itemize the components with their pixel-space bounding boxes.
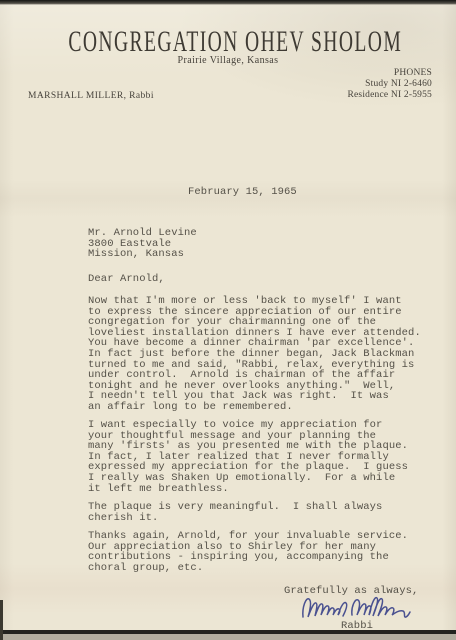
phones-title: PHONES bbox=[347, 68, 432, 79]
phone-study: Study NI 2-6460 bbox=[347, 79, 432, 90]
scan-edge-left-notch bbox=[0, 600, 3, 640]
letter-date: February 15, 1965 bbox=[188, 187, 297, 198]
letterhead-rabbi-name: MARSHALL MILLER, Rabbi bbox=[28, 91, 154, 101]
letterhead-phones-block: PHONES Study NI 2-6460 Residence NI 2-59… bbox=[347, 68, 432, 101]
signature-handwriting bbox=[300, 593, 412, 623]
scan-edge-top bbox=[0, 0, 456, 5]
letterhead-location: Prairie Village, Kansas bbox=[0, 55, 456, 66]
body-paragraph-1: Now that I'm more or less 'back to mysel… bbox=[88, 296, 428, 413]
salutation: Dear Arnold, bbox=[88, 274, 165, 285]
scan-edge-bottom-fill bbox=[0, 634, 456, 640]
recipient-address: Mr. Arnold Levine 3800 Eastvale Mission,… bbox=[88, 228, 197, 260]
phone-residence: Residence NI 2-5955 bbox=[347, 90, 432, 101]
scanned-letter-page: CONGREGATION OHEV SHOLOM Prairie Village… bbox=[0, 0, 456, 640]
body-paragraph-3: The plaque is very meaningful. I shall a… bbox=[88, 502, 428, 523]
body-paragraph-2: I want especially to voice my appreciati… bbox=[88, 420, 428, 494]
body-paragraph-4: Thanks again, Arnold, for your invaluabl… bbox=[88, 531, 428, 573]
signature-typed-title: Rabbi bbox=[341, 621, 373, 632]
